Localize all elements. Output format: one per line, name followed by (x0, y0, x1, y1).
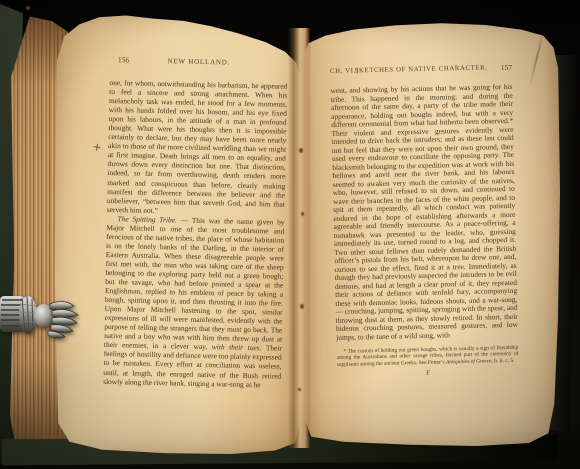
foxing-spot (300, 304, 304, 309)
clasp-fingers (48, 302, 78, 339)
right-page-number: 157 (501, 63, 512, 72)
footnote-italic: Antiquities of Greece, (446, 358, 493, 365)
left-page-body: one, for whom, notwithstanding his barba… (103, 78, 287, 389)
gutter-fold (288, 28, 310, 448)
footnote-text: b. ii. c. 5. (493, 358, 515, 364)
right-page-text: CH. VI.] SKETCHES OF NATIVE CHARACTER. 1… (330, 63, 519, 379)
foxing-spot (298, 388, 301, 391)
left-running-title: NEW HOLLAND. (110, 56, 288, 68)
foxing-spot (301, 212, 304, 216)
left-page-text: 156 NEW HOLLAND. one, for whom, notwiths… (103, 55, 288, 389)
paragraph: The Spitting Tribe. — This was the name … (103, 214, 285, 390)
cover-speck (26, 6, 30, 10)
paragraph: one, for whom, notwithstanding his barba… (107, 78, 288, 217)
footnote: * The custom of holding out green boughs… (336, 345, 518, 368)
hand-shaped-clasp (0, 280, 82, 354)
foxing-spot (299, 148, 303, 153)
paragraph: went, and showing by his actions that he… (330, 83, 518, 342)
right-running-title: SKETCHES OF NATIVE CHARACTER. (330, 64, 512, 75)
paragraph-text: — This was the name given by Major Mitch… (104, 215, 285, 351)
book-photo: + 156 NEW HOLLAND. one, for whom, notwit… (0, 0, 580, 469)
right-page-body: went, and showing by his actions that he… (330, 83, 518, 342)
